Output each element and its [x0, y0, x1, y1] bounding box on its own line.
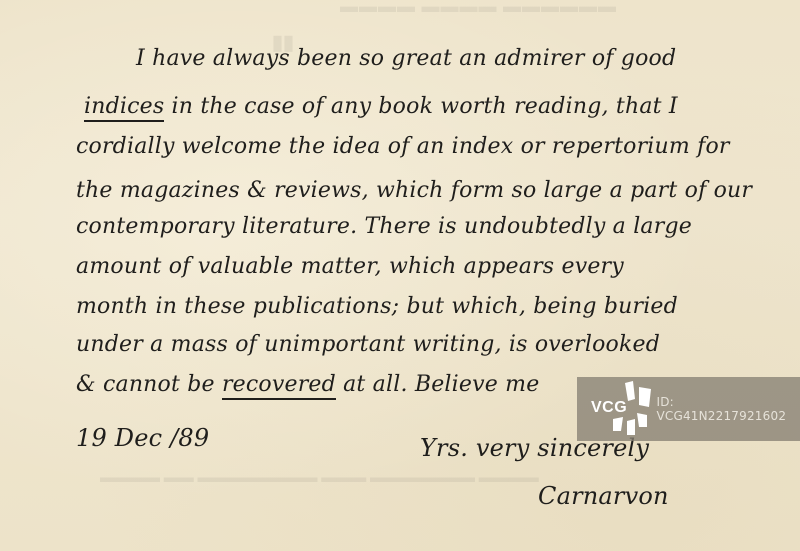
watermark-id: ID: VCG41N2217921602	[656, 395, 800, 423]
bleed-through-text: ▬▬▬▬ ▬▬▬▬ ▬▬▬▬▬▬	[340, 0, 617, 17]
letter-line-6: amount of valuable matter, which appears…	[76, 256, 624, 278]
letter-line-1: I have always been so great an admirer o…	[136, 48, 676, 70]
letter-line-8: under a mass of unimportant writing, is …	[76, 334, 660, 356]
letter-signature: Carnarvon	[538, 484, 669, 508]
vcg-logo: VCG	[577, 377, 662, 441]
letter-line-4: the magazines & reviews, which form so l…	[76, 180, 752, 202]
letter-date: 19 Dec /89	[76, 426, 209, 450]
underlined-word: indices	[84, 94, 164, 122]
underlined-word: recovered	[222, 372, 336, 400]
letter-line-9: & cannot be recovered at all. Believe me	[76, 374, 539, 396]
letter-line-2: indices in the case of any book worth re…	[84, 96, 678, 118]
letter-line-7: month in these publications; but which, …	[76, 296, 678, 318]
vcg-watermark: VCG ID: VCG41N2217921602	[577, 377, 800, 441]
letter-line-5: contemporary literature. There is undoub…	[76, 216, 692, 238]
bleed-through-text: ▬▬▬▬ ▬▬ ▬▬▬▬▬▬▬▬ ▬▬▬ ▬▬▬▬▬▬▬ ▬▬▬▬	[100, 470, 539, 487]
letter-line-3: cordially welcome the idea of an index o…	[76, 136, 730, 158]
letter-page: ▬▬▬▬ ▬▬▬▬ ▬▬▬▬▬▬ ▮▮ ▬▬▬▬ ▬▬ ▬▬▬▬▬▬▬▬ ▬▬▬…	[0, 0, 800, 551]
